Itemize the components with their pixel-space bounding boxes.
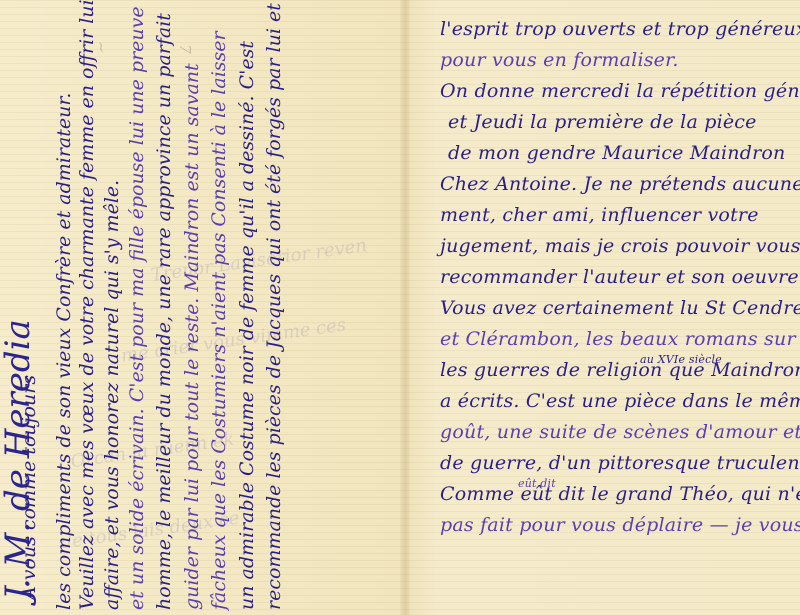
handwritten-line: l'esprit trop ouverts et trop généreux (440, 14, 790, 45)
handwritten-line: et Clérambon, les beaux romans sur (440, 324, 790, 355)
handwritten-line: fâcheux que les Costumiers n'aient pas C… (207, 31, 212, 610)
handwritten-text: les guerres de religion que Maindron (440, 359, 800, 381)
handwritten-line: un admirable Costume noir de femme qu'il… (235, 41, 240, 610)
handwritten-line: ment, cher ami, influencer votre (440, 200, 790, 231)
handwritten-line: homme, le meilleur du monde, une rare ap… (152, 13, 157, 610)
handwritten-line: et un solide écrivain. C'est pour ma fil… (125, 6, 130, 610)
handwritten-line: recommander l'auteur et son oeuvre. (440, 262, 790, 293)
inserted-correction: eût dit (518, 468, 556, 499)
handwritten-line: les guerres de religion que Maindron au … (440, 355, 790, 386)
signature: J. M. de Heredia (0, 319, 38, 600)
handwritten-line: Vous avez certainement lu St Cendre (440, 293, 790, 324)
handwritten-line: de mon gendre Maurice Maindron (440, 138, 790, 169)
handwritten-line: guider par lui pour tout le reste. Maind… (180, 63, 185, 610)
handwritten-line: jugement, mais je crois pouvoir vous (440, 231, 790, 262)
right-page-text: l'esprit trop ouverts et trop généreux p… (440, 14, 790, 541)
left-page-text: recommande les pièces de Jacques qui ont… (0, 0, 405, 615)
handwritten-line: affaire, et vous honorez naturel qui s'y… (100, 180, 105, 610)
handwritten-line: les compliments de son vieux Confrère et… (52, 93, 57, 610)
handwritten-line: et Jeudi la première de la pièce (440, 107, 790, 138)
handwritten-text: Comme eût dit le grand Théo, qui n'est (440, 483, 800, 505)
handwritten-line: Veuillez avec mes vœux de votre charmant… (75, 0, 80, 610)
handwritten-line: recommande les pièces de Jacques qui ont… (262, 3, 267, 610)
interlinear-note: au XVIe siècle (640, 344, 722, 375)
handwritten-line: a écrits. C'est une pièce dans le même (440, 386, 790, 417)
handwritten-line: Chez Antoine. Je ne prétends aucune- (440, 169, 790, 200)
handwritten-line: On donne mercredi la répétition générale (440, 76, 790, 107)
handwritten-line: goût, une suite de scènes d'amour et (440, 417, 790, 448)
handwritten-line: pas fait pour vous déplaire — je vous (440, 510, 790, 541)
handwritten-line: de guerre, d'un pittoresque truculent, (440, 448, 790, 479)
handwritten-line: Comme eût dit le grand Théo, qui n'est e… (440, 479, 790, 510)
handwritten-line: pour vous en formaliser. (440, 45, 790, 76)
